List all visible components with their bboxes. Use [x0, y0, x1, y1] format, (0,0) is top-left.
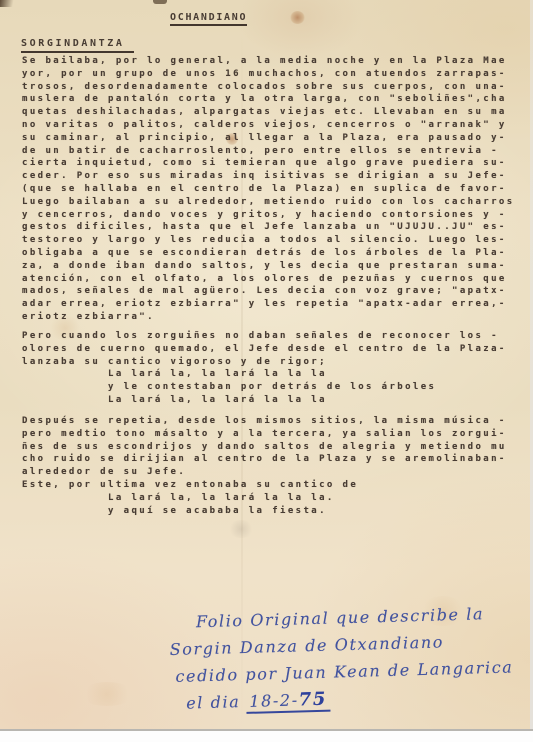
rust-stain — [290, 11, 305, 24]
handwritten-date: 18-2-75 — [246, 690, 330, 714]
paragraph-2-with-verse: Pero cuando los zorguiñes no daban señal… — [22, 330, 507, 407]
photo-bottom-border — [0, 729, 533, 742]
paper-stain — [80, 682, 134, 706]
section-heading: SORGINDANTZA — [21, 38, 134, 53]
date-year: 75 — [298, 689, 327, 711]
paragraph-3-with-verse: Después se repetia, desde los mismos sit… — [22, 415, 507, 517]
date-label: el dia — [186, 692, 241, 713]
date-day-month: 18-2- — [249, 690, 299, 710]
aged-paper-photo: OCHANDIANO SORGINDANTZA Se bailaba, por … — [0, 0, 533, 729]
scanned-document-page: OCHANDIANO SORGINDANTZA Se bailaba, por … — [0, 0, 533, 742]
ink-smudge — [228, 520, 254, 538]
paragraph-1: Se bailaba, por lo general, a la media n… — [22, 55, 515, 324]
document-title: OCHANDIANO — [170, 12, 247, 26]
handwritten-annotation: Folio Original que describe la Sorgin Da… — [169, 599, 532, 717]
torn-edge-mark — [0, 0, 16, 7]
edge-ink-mark — [153, 0, 167, 4]
